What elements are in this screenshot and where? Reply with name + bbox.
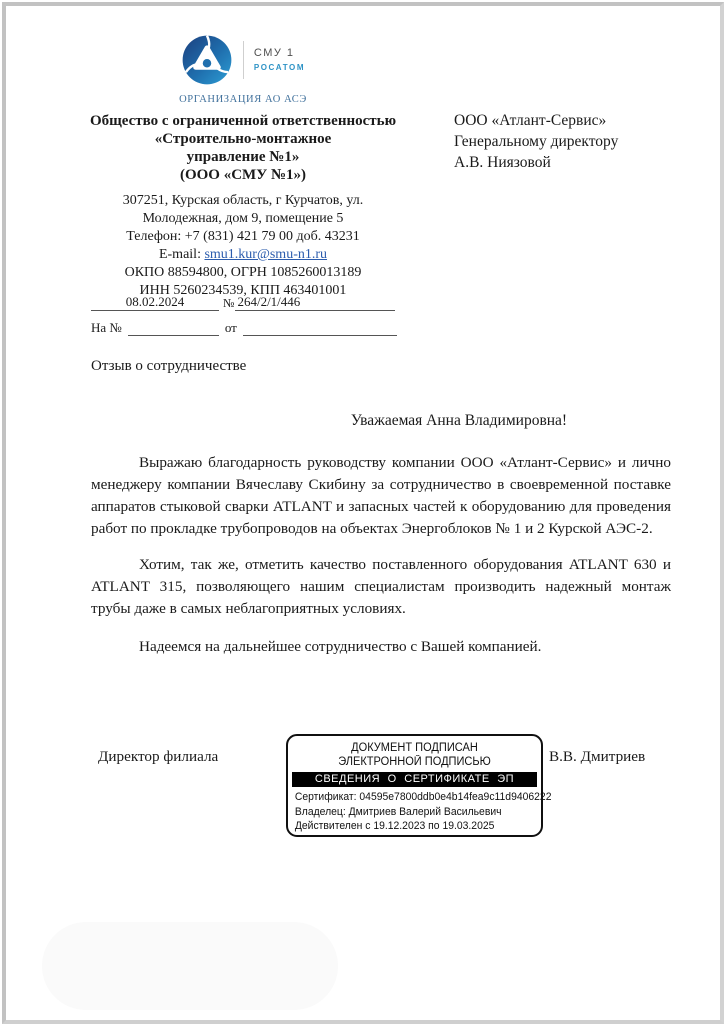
logo-text: СМУ 1 РОСАТОМ [254, 47, 305, 73]
letter-body: Выражаю благодарность руководству компан… [91, 452, 671, 658]
reply-number-blank [128, 319, 219, 336]
logo-brand-smu: СМУ 1 [254, 47, 305, 61]
address-line: Молодежная, дом 9, помещение 5 [64, 210, 422, 228]
stamp-validity: Действителен с 19.12.2023 по 19.03.2025 [288, 819, 536, 834]
faded-stamp-area [42, 922, 338, 1010]
reply-date-blank [243, 319, 397, 336]
phone-line: Телефон: +7 (831) 421 79 00 доб. 43231 [64, 228, 422, 246]
email-label: E-mail: [159, 247, 205, 262]
company-name-line: управление №1» [64, 148, 422, 166]
registration-line: ОКПО 88594800, ОГРН 1085260013189 [64, 264, 422, 282]
subject-line: Отзыв о сотрудничестве [91, 358, 246, 375]
company-details: 307251, Курская область, г Курчатов, ул.… [64, 192, 422, 300]
company-name-line: «Строительно-монтажное [64, 130, 422, 148]
stamp-title-line: ЭЛЕКТРОННОЙ ПОДПИСЬЮ [293, 755, 536, 769]
logo-block: СМУ 1 РОСАТОМ [64, 32, 422, 88]
reply-to-label: На № [91, 320, 122, 335]
addressee-name: А.В. Ниязовой [454, 152, 618, 173]
letter-number: 264/2/1/446 [235, 294, 395, 311]
e-signature-stamp: ДОКУМЕНТ ПОДПИСАН ЭЛЕКТРОННОЙ ПОДПИСЬЮ С… [286, 734, 543, 837]
signer-name: В.В. Дмитриев [549, 748, 645, 766]
letterhead: СМУ 1 РОСАТОМ ОРГАНИЗАЦИЯ АО АСЭ Обществ… [64, 32, 422, 300]
signer-position: Директор филиала [98, 748, 218, 766]
addressee-block: ООО «Атлант-Сервис» Генеральному директо… [454, 110, 618, 173]
paragraph: Надеемся на дальнейшее сотрудничество с … [91, 636, 671, 658]
reply-ref-row: На №от [91, 319, 397, 336]
number-sign: № [223, 296, 234, 310]
salutation: Уважаемая Анна Владимировна! [91, 412, 724, 430]
organization-caption: ОРГАНИЗАЦИЯ АО АСЭ [64, 94, 422, 105]
company-name-line: Общество с ограниченной ответственностью [64, 112, 422, 130]
company-name-line: (ООО «СМУ №1») [64, 166, 422, 184]
stamp-certificate-bar: СВЕДЕНИЯ О СЕРТИФИКАТЕ ЭП [292, 772, 537, 787]
paragraph: Хотим, так же, отметить качество поставл… [91, 554, 671, 620]
address-line: 307251, Курская область, г Курчатов, ул. [64, 192, 422, 210]
logo-divider [243, 41, 244, 79]
reply-from-label: от [225, 320, 237, 335]
company-name: Общество с ограниченной ответственностью… [64, 112, 422, 184]
rosatom-logo-icon [181, 34, 233, 86]
document-page: СМУ 1 РОСАТОМ ОРГАНИЗАЦИЯ АО АСЭ Обществ… [2, 2, 724, 1024]
outgoing-ref-row: 08.02.2024№264/2/1/446 [91, 294, 395, 311]
stamp-owner: Владелец: Дмитриев Валерий Васильевич [288, 805, 536, 820]
email-line: E-mail: smu1.kur@smu-n1.ru [64, 246, 422, 264]
paragraph: Выражаю благодарность руководству компан… [91, 452, 671, 540]
stamp-title-line: ДОКУМЕНТ ПОДПИСАН [293, 741, 536, 755]
letter-date: 08.02.2024 [91, 294, 219, 311]
addressee-title: Генеральному директору [454, 131, 618, 152]
email-link[interactable]: smu1.kur@smu-n1.ru [204, 247, 327, 262]
addressee-company: ООО «Атлант-Сервис» [454, 110, 618, 131]
logo-brand-rosatom: РОСАТОМ [254, 63, 305, 73]
stamp-certificate-number: Сертификат: 04595e7800ddb0e4b14fea9c11d9… [288, 790, 536, 805]
